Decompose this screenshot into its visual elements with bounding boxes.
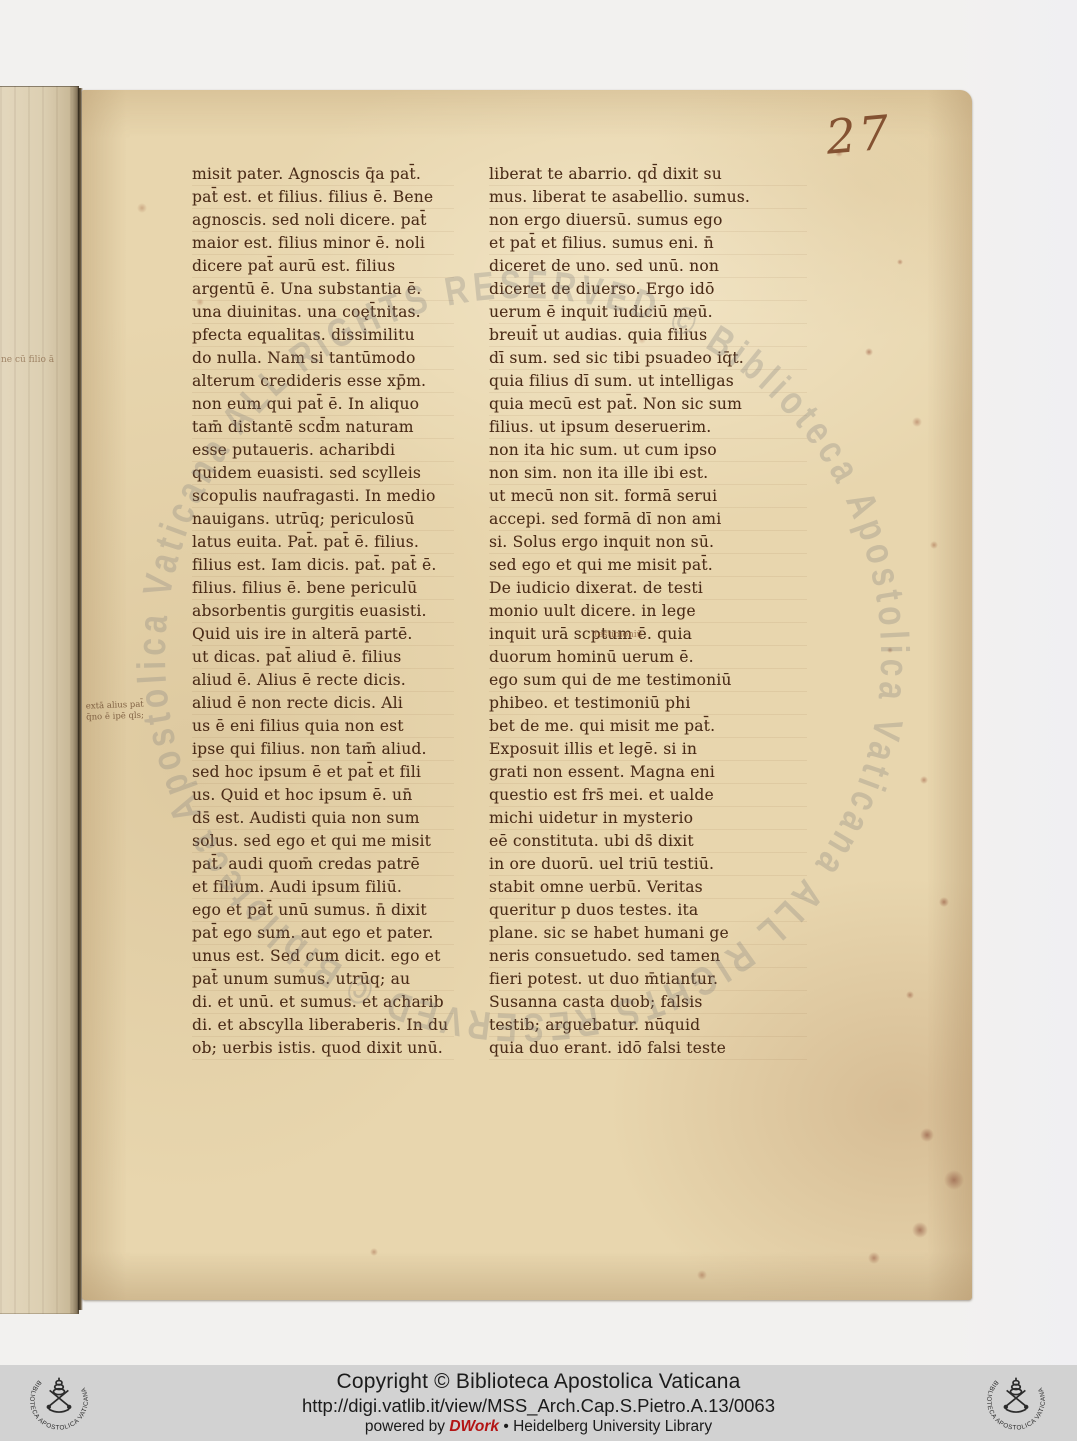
manuscript-line: accepi. sed formā dī non ami	[489, 508, 807, 531]
manuscript-line: tam̄ distantē scd̄m naturam	[192, 416, 454, 439]
manuscript-line: alterum credideris esse xp̄m.	[192, 370, 454, 393]
manuscript-line: aliud ē non recte dicis. Ali	[192, 692, 454, 715]
margin-gloss: extā alius pat̄ q̄no ē ipē qls;	[86, 698, 182, 723]
manuscript-line: Susanna casta duob; falsis	[489, 991, 807, 1014]
manuscript-line: pat̄. audi quom̄ credas patrē	[192, 853, 454, 876]
facing-page-edge: ne cū filio ā	[0, 86, 79, 1314]
manuscript-line: breuit̄ ut audias. quia filius	[489, 324, 807, 347]
manuscript-line: diceret de diuerso. Ergo idō	[489, 278, 807, 301]
manuscript-line: testib; arguebatur. nūquid	[489, 1014, 807, 1037]
manuscript-line: eē constituta. ubi ds̄ dixit	[489, 830, 807, 853]
manuscript-line: Exposuit illis et legē. si in	[489, 738, 807, 761]
manuscript-line: quia filius dī sum. ut intelligas	[489, 370, 807, 393]
svg-text:BIBLIOTECA APOSTOLICA VATICANA: BIBLIOTECA APOSTOLICA VATICANA	[985, 1379, 1047, 1432]
manuscript-line: monio uult dicere. in lege	[489, 600, 807, 623]
manuscript-line: ds̄ est. Audisti quia non sum	[192, 807, 454, 830]
powered-by-prefix: powered by	[365, 1418, 449, 1435]
manuscript-line: michi uidetur in mysterio	[489, 807, 807, 830]
manuscript-line: mus. liberat te asabellio. sumus.	[489, 186, 807, 209]
manuscript-line: pat̄ est. et filius. filius ē. Bene	[192, 186, 454, 209]
manuscript-line: di. et unū. et sumus. et acharib	[192, 991, 454, 1014]
manuscript-line: filius. ut ipsum deseruerim.	[489, 416, 807, 439]
manuscript-line: grati non essent. Magna eni	[489, 761, 807, 784]
logo-ring-text: BIBLIOTECA APOSTOLICA VATICANA	[985, 1379, 1047, 1432]
manuscript-line: us ē eni filius quia non est	[192, 715, 454, 738]
manuscript-line: filius est. Iam dicis. pat̄. pat̄ ē.	[192, 554, 454, 577]
manuscript-line: argentū ē. Una substantia ē.	[192, 278, 454, 301]
manuscript-line: agnoscis. sed noli dicere. pat̄	[192, 209, 454, 232]
manuscript-line: ego sum qui de me testimoniū	[489, 669, 807, 692]
manuscript-line: queritur p duos testes. ita	[489, 899, 807, 922]
text-column-1: misit pater. Agnoscis q̄a pat̄.pat̄ est.…	[192, 163, 454, 1060]
scan-viewport: ne cū filio ā 27 misit pater. Agnoscis q…	[0, 0, 1077, 1441]
manuscript-line: De iudicio dixerat. de testi	[489, 577, 807, 600]
interlinear-gloss: testimoniū	[594, 630, 642, 640]
footer-bar: BIBLIOTECA APOSTOLICA VATICANA Copyright…	[0, 1365, 1077, 1441]
manuscript-line: ego et pat̄ unū sumus. n̄ dixit	[192, 899, 454, 922]
manuscript-line: latus euita. Pat̄. pat̄ ē. filius.	[192, 531, 454, 554]
manuscript-line: questio est frs̄ mei. et ualde	[489, 784, 807, 807]
manuscript-line: non ita hic sum. ut cum ipso	[489, 439, 807, 462]
manuscript-line: fieri potest. ut duo m̄tiantur.	[489, 968, 807, 991]
manuscript-line: neris consuetudo. sed tamen	[489, 945, 807, 968]
manuscript-line: ut dicas. pat̄ aliud ē. filius	[192, 646, 454, 669]
copyright-line: Copyright © Biblioteca Apostolica Vatica…	[336, 1370, 740, 1394]
manuscript-line: ipse qui filius. non tam̄ aliud.	[192, 738, 454, 761]
footer-text-block: Copyright © Biblioteca Apostolica Vatica…	[0, 1365, 1077, 1441]
folio-number: 27	[824, 105, 894, 166]
manuscript-line: sed hoc ipsum ē et pat̄ et fili	[192, 761, 454, 784]
manuscript-line: non eum qui pat̄ ē. In aliquo	[192, 393, 454, 416]
papal-tiara-keys-icon	[1004, 1378, 1029, 1412]
powered-by-suffix: • Heidelberg University Library	[499, 1418, 712, 1435]
manuscript-line: quia duo erant. idō falsi teste	[489, 1037, 807, 1060]
manuscript-page: 27 misit pater. Agnoscis q̄a pat̄.pat̄ e…	[82, 90, 972, 1300]
manuscript-line: phibeo. et testimoniū phi	[489, 692, 807, 715]
dwork-brand: DWork	[449, 1418, 499, 1435]
manuscript-line: pfecta equalitas. dissimilitu	[192, 324, 454, 347]
manuscript-line: di. et abscylla liberaberis. In du	[192, 1014, 454, 1037]
manuscript-line: maior est. filius minor ē. noli	[192, 232, 454, 255]
manuscript-line: plane. sic se habet humani ge	[489, 922, 807, 945]
manuscript-line: non sim. non ita ille ibi est.	[489, 462, 807, 485]
manuscript-line: filius. filius ē. bene periculū	[192, 577, 454, 600]
manuscript-line: do nulla. Nam si tantūmodo	[192, 347, 454, 370]
manuscript-line: ob; uerbis istis. quod dixit unū.	[192, 1037, 454, 1060]
manuscript-line: non ergo diuersū. sumus ego	[489, 209, 807, 232]
manuscript-line: uerum ē inquit iudiciū meū.	[489, 301, 807, 324]
manuscript-line: quidem euasisti. sed scylleis	[192, 462, 454, 485]
manuscript-line: absorbentis gurgitis euasisti.	[192, 600, 454, 623]
manuscript-line: nauigans. utrūq; periculosū	[192, 508, 454, 531]
manuscript-line: quia mecū est pat̄. Non sic sum	[489, 393, 807, 416]
manuscript-line: sed ego et qui me misit pat̄.	[489, 554, 807, 577]
manuscript-line: inquit urā scptum ē. quia	[489, 623, 807, 646]
manuscript-line: esse putaueris. acharibdi	[192, 439, 454, 462]
manuscript-line: aliud ē. Alius ē recte dicis.	[192, 669, 454, 692]
manuscript-line: ut mecū non sit. formā serui	[489, 485, 807, 508]
manuscript-line: stabit omne uerbū. Veritas	[489, 876, 807, 899]
text-column-2: liberat te abarrio. qd̄ dixit sumus. lib…	[489, 163, 807, 1060]
manuscript-line: diceret de uno. sed unū. non	[489, 255, 807, 278]
manuscript-line: scopulis naufragasti. In medio	[192, 485, 454, 508]
manuscript-line: et filium. Audi ipsum filiū.	[192, 876, 454, 899]
manuscript-line: dī sum. sed sic tibi psuadeo iq̄t.	[489, 347, 807, 370]
manuscript-line: et pat̄ et filius. sumus eni. n̄	[489, 232, 807, 255]
manuscript-line: dicere pat̄ aurū est. filius	[192, 255, 454, 278]
manuscript-line: Quid uis ire in alterā partē.	[192, 623, 454, 646]
facing-page-text-fragment: ne cū filio ā	[1, 355, 71, 365]
manuscript-line: unus est. Sed cum dicit. ego et	[192, 945, 454, 968]
vatican-library-logo-icon: BIBLIOTECA APOSTOLICA VATICANA	[969, 1370, 1063, 1438]
manuscript-line: misit pater. Agnoscis q̄a pat̄.	[192, 163, 454, 186]
manifest-url: http://digi.vatlib.it/view/MSS_Arch.Cap.…	[302, 1395, 775, 1417]
manuscript-line: duorum hominū uerum ē.	[489, 646, 807, 669]
manuscript-line: pat̄ ego sum. aut ego et pater.	[192, 922, 454, 945]
manuscript-line: liberat te abarrio. qd̄ dixit su	[489, 163, 807, 186]
manuscript-line: bet de me. qui misit me pat̄.	[489, 715, 807, 738]
manuscript-line: si. Solus ergo inquit non sū.	[489, 531, 807, 554]
margin-gloss-line: q̄no ē ipē qls;	[86, 709, 181, 723]
manuscript-line: us. Quid et hoc ipsum ē. un̄	[192, 784, 454, 807]
manuscript-line: solus. sed ego et qui me misit	[192, 830, 454, 853]
manuscript-line: pat̄ unum sumus. utrūq; au	[192, 968, 454, 991]
powered-by-line: powered by DWork • Heidelberg University…	[365, 1418, 712, 1436]
manuscript-line: in ore duorū. uel triū testiū.	[489, 853, 807, 876]
manuscript-line: una diuinitas. una coęt̄nitas.	[192, 301, 454, 324]
